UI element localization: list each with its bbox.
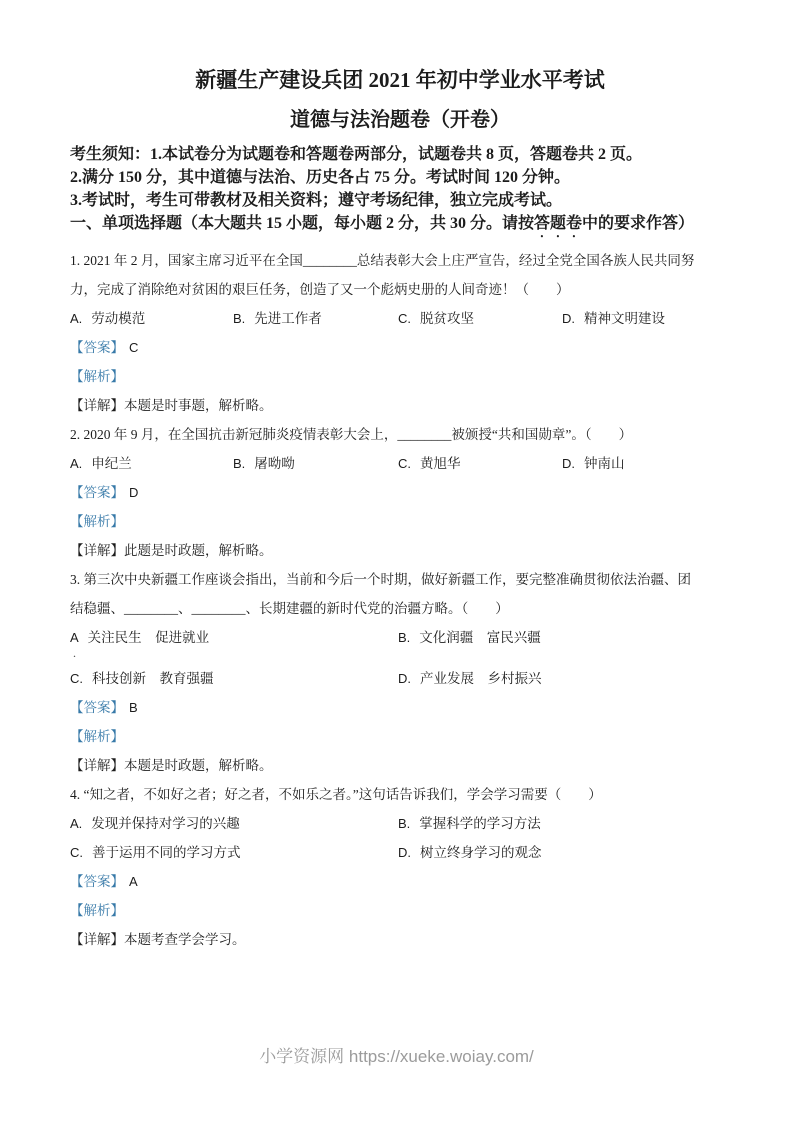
option-a-text: 关注民生 促进就业 (88, 630, 210, 645)
option-c-label: C. (398, 311, 411, 326)
option-c-text: 善于运用不同的学习方式 (92, 845, 241, 860)
option-b-label: B. (398, 816, 410, 831)
option-d: D.钟南山 (562, 456, 730, 472)
option-a-text: 劳动模范 (91, 311, 145, 326)
option-c-label: C. (70, 845, 83, 860)
stray-period: . (73, 645, 76, 661)
question-2-line-1: 2. 2020 年 9 月，在全国抗击新冠肺炎疫情表彰大会上，________被… (70, 427, 730, 443)
question-1-detail-row: 【详解】本题是时事题，解析略。 (70, 398, 730, 414)
exam-subtitle: 道德与法治题卷（开卷） (70, 107, 730, 134)
option-b-label: B. (233, 311, 245, 326)
option-c: C.黄旭华 (398, 456, 562, 472)
question-1: 1. 2021 年 2 月，国家主席习近平在全国________总结表彰大会上庄… (70, 253, 730, 414)
option-b: B.先进工作者 (233, 311, 398, 327)
detail-text: 本题考查学会学习。 (124, 932, 246, 947)
option-b-label: B. (233, 456, 245, 471)
question-3-analysis-label: 【解析】 (70, 729, 730, 745)
question-1-analysis-label: 【解析】 (70, 369, 730, 385)
detail-label: 【详解】 (70, 932, 124, 947)
option-a-text: 发现并保持对学习的兴趣 (91, 816, 240, 831)
detail-text: 本题是时事题，解析略。 (124, 398, 273, 413)
option-b-text: 先进工作者 (254, 311, 322, 326)
question-3-line-2: 结稳疆、________、________、长期建疆的新时代党的治疆方略。（ ） (70, 601, 730, 617)
option-a: A.发现并保持对学习的兴趣 (70, 816, 398, 832)
question-2-analysis-label: 【解析】 (70, 514, 730, 530)
question-2-options: A.申纪兰 B.屠呦呦 C.黄旭华 D.钟南山 (70, 456, 730, 472)
question-4-options-row-1: A.发现并保持对学习的兴趣 B.掌握科学的学习方法 (70, 816, 730, 832)
question-1-answer-row: 【答案】C (70, 340, 730, 356)
section-heading-suffix: 中的要求作答） (582, 215, 694, 232)
notice-line-1: 考生须知：1.本试卷分为试题卷和答题卷两部分，试题卷共 8 页，答题卷共 2 页… (70, 143, 730, 166)
option-a: A.申纪兰 (70, 456, 233, 472)
section-heading-prefix: 一、单项选择题（本大题共 15 小题，每小题 2 分，共 30 分。请按 (70, 215, 534, 232)
question-4-analysis-label: 【解析】 (70, 903, 730, 919)
option-c: C.善于运用不同的学习方式 (70, 845, 398, 861)
option-b-text: 掌握科学的学习方法 (419, 816, 541, 831)
option-b-text: 屠呦呦 (254, 456, 295, 471)
option-b: B.屠呦呦 (233, 456, 398, 472)
option-d-label: D. (562, 311, 575, 326)
answer-value: A (129, 874, 138, 889)
option-a: A关注民生 促进就业. (70, 630, 398, 646)
option-c: C.脱贫攻坚 (398, 311, 562, 327)
answer-label: 【答案】 (70, 485, 124, 500)
question-4: 4. “知之者，不如好之者；好之者，不如乐之者。”这句话告诉我们，学会学习需要（… (70, 787, 730, 948)
option-c-text: 脱贫攻坚 (420, 311, 474, 326)
option-b: B.掌握科学的学习方法 (398, 816, 730, 832)
option-a-label: A. (70, 456, 82, 471)
option-d-text: 树立终身学习的观念 (420, 845, 542, 860)
option-b-label: B. (398, 630, 410, 645)
question-3: 3. 第三次中央新疆工作座谈会指出，当前和今后一个时期，做好新疆工作，要完整准确… (70, 572, 730, 774)
option-d: D.精神文明建设 (562, 311, 730, 327)
question-3-line-1: 3. 第三次中央新疆工作座谈会指出，当前和今后一个时期，做好新疆工作，要完整准确… (70, 572, 730, 588)
exam-title: 新疆生产建设兵团 2021 年初中学业水平考试 (70, 66, 730, 94)
option-a: A.劳动模范 (70, 311, 233, 327)
question-3-options-row-1: A关注民生 促进就业. B.文化润疆 富民兴疆 (70, 630, 730, 646)
detail-text: 本题是时政题，解析略。 (124, 758, 273, 773)
answer-value: B (129, 700, 138, 715)
option-c-text: 科技创新 教育强疆 (92, 671, 214, 686)
option-d-text: 精神文明建设 (584, 311, 665, 326)
option-c-label: C. (70, 671, 83, 686)
option-b-text: 文化润疆 富民兴疆 (419, 630, 541, 645)
question-4-options-row-2: C.善于运用不同的学习方式 D.树立终身学习的观念 (70, 845, 730, 861)
detail-label: 【详解】 (70, 758, 124, 773)
question-1-line-2: 力，完成了消除绝对贫困的艰巨任务，创造了又一个彪炳史册的人间奇迹！（ ） (70, 282, 730, 298)
exam-document-page: 新疆生产建设兵团 2021 年初中学业水平考试 道德与法治题卷（开卷） 考生须知… (0, 0, 793, 1122)
option-d-label: D. (398, 671, 411, 686)
option-a-label: A. (70, 311, 82, 326)
answer-value: D (129, 485, 138, 500)
answer-label: 【答案】 (70, 874, 124, 889)
option-d-label: D. (398, 845, 411, 860)
question-3-options-row-2: C.科技创新 教育强疆 D.产业发展 乡村振兴 (70, 671, 730, 687)
option-a-label: A (70, 630, 79, 645)
question-1-options: A.劳动模范 B.先进工作者 C.脱贫攻坚 D.精神文明建设 (70, 311, 730, 327)
answer-value: C (129, 340, 138, 355)
option-c-text: 黄旭华 (420, 456, 461, 471)
question-2-answer-row: 【答案】D (70, 485, 730, 501)
question-2-detail-row: 【详解】此题是时政题，解析略。 (70, 543, 730, 559)
detail-label: 【详解】 (70, 543, 124, 558)
question-4-answer-row: 【答案】A (70, 874, 730, 890)
question-2: 2. 2020 年 9 月，在全国抗击新冠肺炎疫情表彰大会上，________被… (70, 427, 730, 559)
section-heading-emphasized: 答题卷 (534, 215, 582, 232)
question-1-line-1: 1. 2021 年 2 月，国家主席习近平在全国________总结表彰大会上庄… (70, 253, 730, 269)
option-d-text: 产业发展 乡村振兴 (420, 671, 542, 686)
answer-label: 【答案】 (70, 340, 124, 355)
question-3-detail-row: 【详解】本题是时政题，解析略。 (70, 758, 730, 774)
option-d: D.树立终身学习的观念 (398, 845, 730, 861)
section-heading: 一、单项选择题（本大题共 15 小题，每小题 2 分，共 30 分。请按答题卷中… (70, 212, 730, 241)
option-a-text: 申纪兰 (91, 456, 132, 471)
detail-label: 【详解】 (70, 398, 124, 413)
detail-text: 此题是时政题，解析略。 (124, 543, 273, 558)
option-d-label: D. (562, 456, 575, 471)
question-4-detail-row: 【详解】本题考查学会学习。 (70, 932, 730, 948)
option-d-text: 钟南山 (584, 456, 625, 471)
option-a-label: A. (70, 816, 82, 831)
option-d: D.产业发展 乡村振兴 (398, 671, 730, 687)
question-3-answer-row: 【答案】B (70, 700, 730, 716)
site-watermark-footer: 小学资源网 https://xueke.woiay.com/ (0, 1042, 793, 1067)
answer-label: 【答案】 (70, 700, 124, 715)
option-c: C.科技创新 教育强疆 (70, 671, 398, 687)
option-c-label: C. (398, 456, 411, 471)
notice-line-2: 2.满分 150 分，其中道德与法治、历史各占 75 分。考试时间 120 分钟… (70, 166, 730, 189)
option-b: B.文化润疆 富民兴疆 (398, 630, 730, 646)
notice-line-3: 3.考试时，考生可带教材及相关资料；遵守考场纪律，独立完成考试。 (70, 189, 730, 212)
question-4-line-1: 4. “知之者，不如好之者；好之者，不如乐之者。”这句话告诉我们，学会学习需要（… (70, 787, 730, 803)
